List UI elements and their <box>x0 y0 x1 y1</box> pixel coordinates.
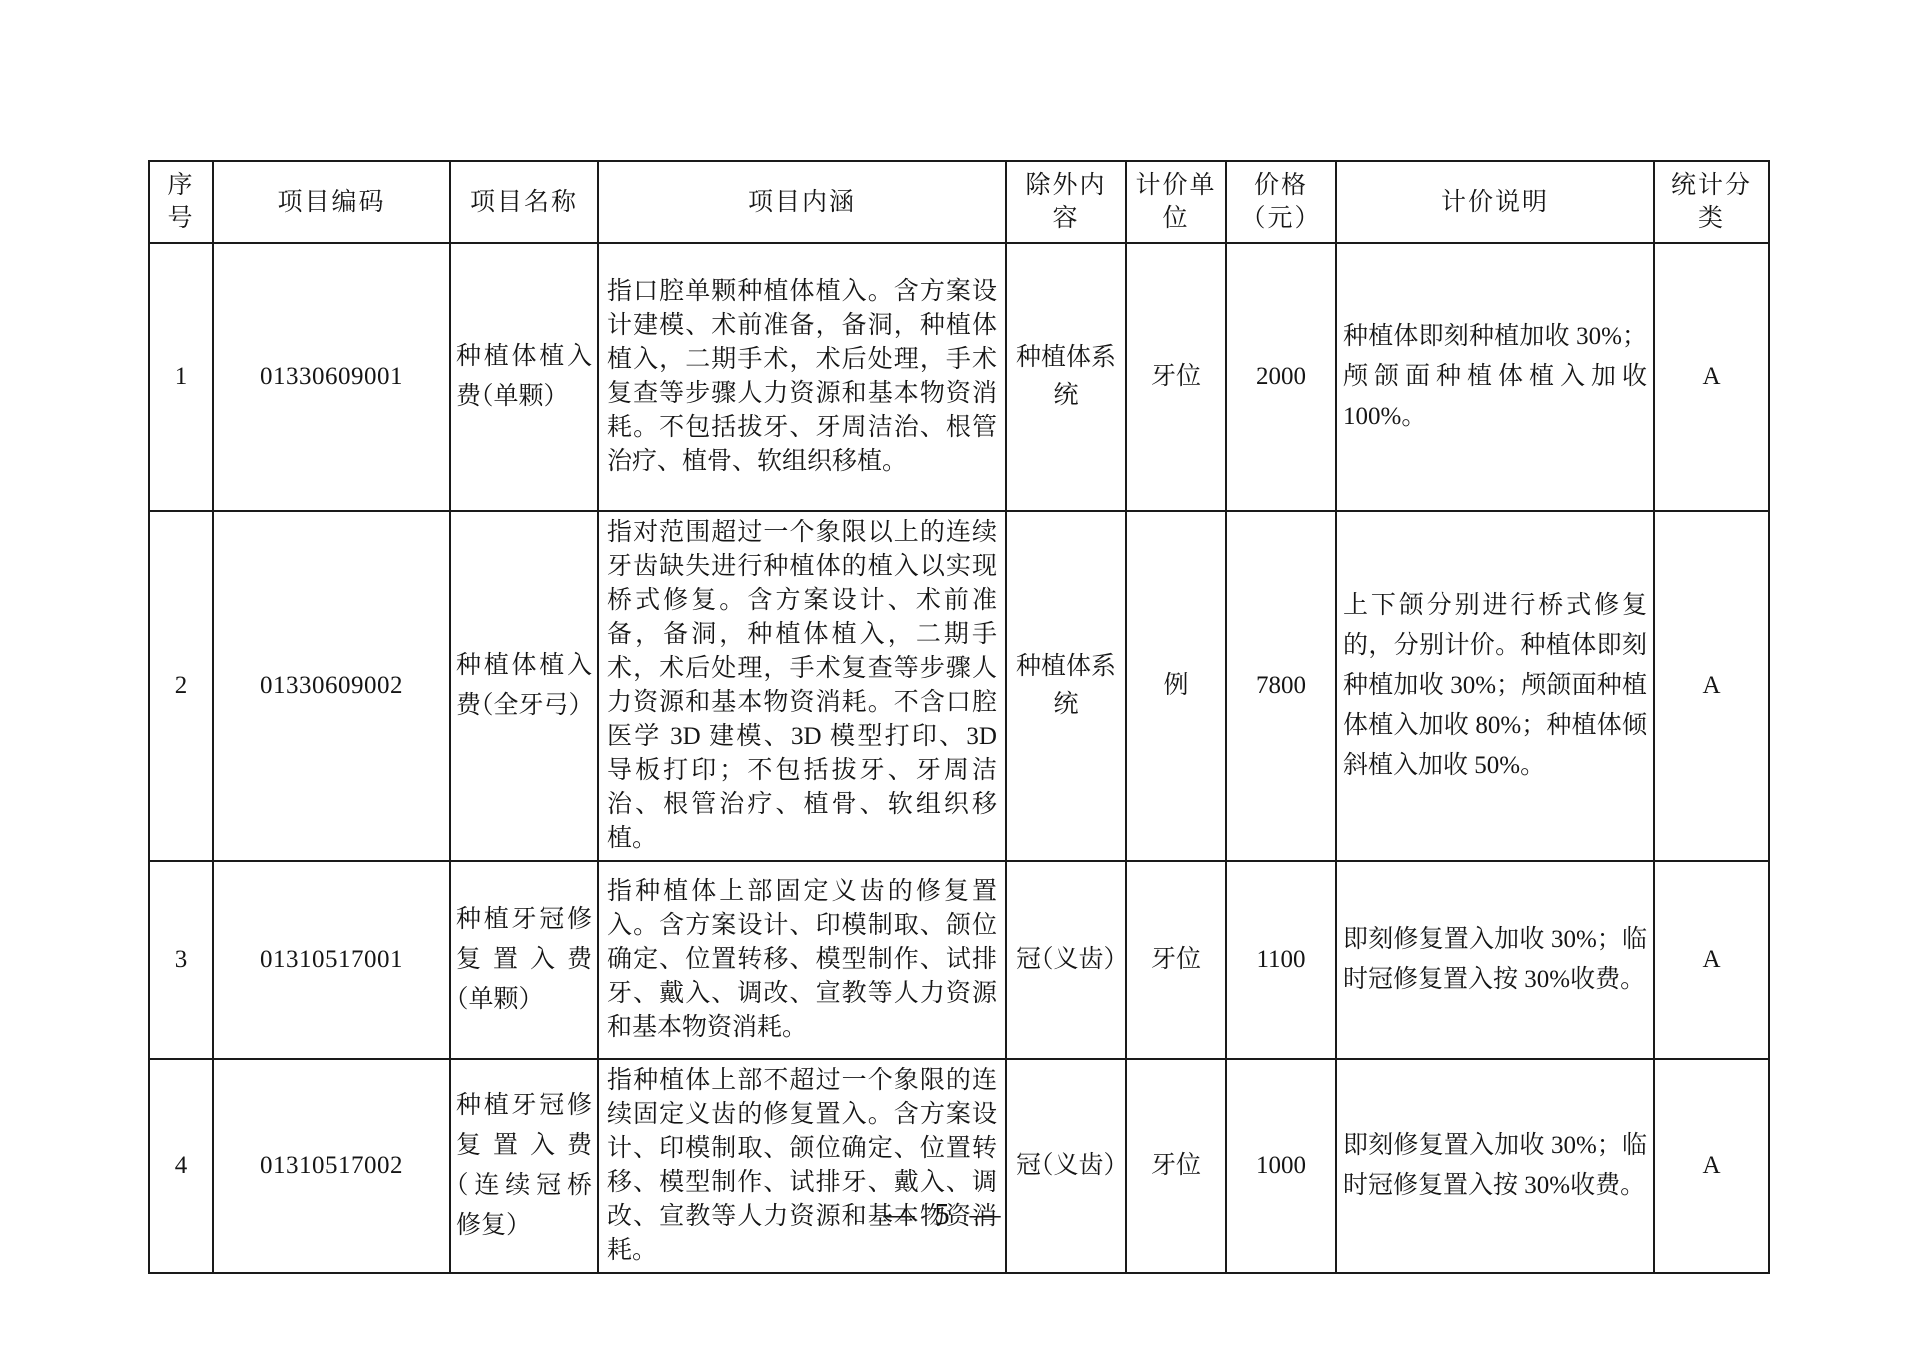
header-price: 价格（元） <box>1226 161 1336 243</box>
cell-exclusion: 种植体系统 <box>1006 243 1126 511</box>
cell-price: 2000 <box>1226 243 1336 511</box>
cell-unit: 牙位 <box>1126 861 1226 1059</box>
page-number: — 5 — <box>0 1196 1890 1232</box>
cell-note: 上下颌分别进行桥式修复的，分别计价。种植体即刻种植加收 30%；颅颌面种植体植入… <box>1336 511 1654 861</box>
document-page: 序号 项目编码 项目名称 项目内涵 除外内容 计价单位 价格（元） 计价说明 统… <box>0 0 1917 1355</box>
cell-code: 01310517001 <box>213 861 450 1059</box>
cell-price: 1100 <box>1226 861 1336 1059</box>
pricing-table: 序号 项目编码 项目名称 项目内涵 除外内容 计价单位 价格（元） 计价说明 统… <box>148 160 1770 1274</box>
cell-price: 1000 <box>1226 1059 1336 1273</box>
header-exclusion: 除外内容 <box>1006 161 1126 243</box>
cell-content: 指种植体上部固定义齿的修复置入。含方案设计、印模制取、颌位确定、位置转移、模型制… <box>598 861 1006 1059</box>
table-header-row: 序号 项目编码 项目名称 项目内涵 除外内容 计价单位 价格（元） 计价说明 统… <box>149 161 1769 243</box>
cell-unit: 例 <box>1126 511 1226 861</box>
cell-code: 01330609002 <box>213 511 450 861</box>
cell-category: A <box>1654 861 1769 1059</box>
cell-seq: 3 <box>149 861 213 1059</box>
table-row: 2 01330609002 种植体植入费（全牙弓） 指对范围超过一个象限以上的连… <box>149 511 1769 861</box>
cell-content: 指种植体上部不超过一个象限的连续固定义齿的修复置入。含方案设计、印模制取、颌位确… <box>598 1059 1006 1273</box>
cell-category: A <box>1654 243 1769 511</box>
cell-seq: 1 <box>149 243 213 511</box>
cell-category: A <box>1654 511 1769 861</box>
cell-content: 指口腔单颗种植体植入。含方案设计建模、术前准备，备洞，种植体植入，二期手术，术后… <box>598 243 1006 511</box>
cell-code: 01330609001 <box>213 243 450 511</box>
cell-content: 指对范围超过一个象限以上的连续牙齿缺失进行种植体的植入以实现桥式修复。含方案设计… <box>598 511 1006 861</box>
header-category: 统计分类 <box>1654 161 1769 243</box>
cell-name: 种植体植入费（全牙弓） <box>450 511 598 861</box>
cell-note: 即刻修复置入加收 30%；临时冠修复置入按 30%收费。 <box>1336 861 1654 1059</box>
cell-name: 种植牙冠修复置入费（连续冠桥修复） <box>450 1059 598 1273</box>
table-row: 4 01310517002 种植牙冠修复置入费（连续冠桥修复） 指种植体上部不超… <box>149 1059 1769 1273</box>
cell-seq: 4 <box>149 1059 213 1273</box>
header-note: 计价说明 <box>1336 161 1654 243</box>
table-row: 3 01310517001 种植牙冠修复置入费（单颗） 指种植体上部固定义齿的修… <box>149 861 1769 1059</box>
cell-code: 01310517002 <box>213 1059 450 1273</box>
cell-exclusion: 种植体系统 <box>1006 511 1126 861</box>
cell-category: A <box>1654 1059 1769 1273</box>
header-unit: 计价单位 <box>1126 161 1226 243</box>
cell-exclusion: 冠（义齿） <box>1006 1059 1126 1273</box>
header-seq: 序号 <box>149 161 213 243</box>
cell-name: 种植体植入费（单颗） <box>450 243 598 511</box>
cell-unit: 牙位 <box>1126 243 1226 511</box>
header-content: 项目内涵 <box>598 161 1006 243</box>
cell-unit: 牙位 <box>1126 1059 1226 1273</box>
table-row: 1 01330609001 种植体植入费（单颗） 指口腔单颗种植体植入。含方案设… <box>149 243 1769 511</box>
cell-note: 种植体即刻种植加收 30%；颅颌面种植体植入加收 100%。 <box>1336 243 1654 511</box>
cell-price: 7800 <box>1226 511 1336 861</box>
cell-exclusion: 冠（义齿） <box>1006 861 1126 1059</box>
header-code: 项目编码 <box>213 161 450 243</box>
cell-note: 即刻修复置入加收 30%；临时冠修复置入按 30%收费。 <box>1336 1059 1654 1273</box>
cell-seq: 2 <box>149 511 213 861</box>
cell-name: 种植牙冠修复置入费（单颗） <box>450 861 598 1059</box>
header-name: 项目名称 <box>450 161 598 243</box>
